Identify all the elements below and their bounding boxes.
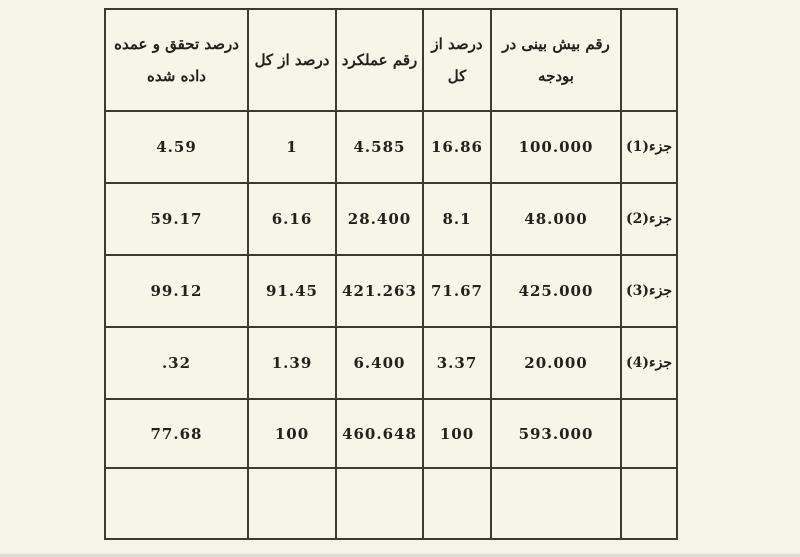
table-cell: 48.000 [492,184,620,254]
table-cell: 593.000 [492,400,620,467]
table-cell: 1.39 [249,328,335,398]
row-label: جزء(2) [622,184,676,254]
header-line: درصد تحقق و عمده [114,28,239,60]
header-row-label-empty [622,10,676,110]
table-cell: 6.16 [249,184,335,254]
table-cell [424,469,490,538]
table-cell: 421.263 [337,256,422,326]
table-cell: 3.37 [424,328,490,398]
header-line: کل [448,60,467,92]
table-cell: .32 [106,328,247,398]
table-cell: 71.67 [424,256,490,326]
header-budget-forecast: رقم بیش بینی در بودجه [492,10,620,110]
table-cell: 28.400 [337,184,422,254]
table-cell [106,469,247,538]
header-percent-realized: درصد تحقق و عمده داده شده [106,10,247,110]
table-cell [249,469,335,538]
table-cell: 8.1 [424,184,490,254]
table-cell: 91.45 [249,256,335,326]
header-percent-of-total-budget: درصد از کل [424,10,490,110]
header-line: بودجه [538,60,574,92]
table-cell: 16.86 [424,112,490,182]
table-cell: 99.12 [106,256,247,326]
data-table: درصد تحقق و عمده داده شده درصد از کل رقم… [104,8,678,540]
header-line: داده شده [147,60,206,92]
table-cell: 460.648 [337,400,422,467]
table-cell: 100 [424,400,490,467]
header-performance-figure: رقم عملکرد [337,10,422,110]
row-label [622,400,676,467]
row-label [622,469,676,538]
page-background: درصد تحقق و عمده داده شده درصد از کل رقم… [0,0,800,557]
header-line: رقم عملکرد [342,44,417,76]
table-cell: 20.000 [492,328,620,398]
row-label: جزء(3) [622,256,676,326]
row-label: جزء(1) [622,112,676,182]
table-cell: 6.400 [337,328,422,398]
table-cell: 100.000 [492,112,620,182]
table-cell: 1 [249,112,335,182]
row-label: جزء(4) [622,328,676,398]
header-line: درصد از [431,28,482,60]
table-cell: 100 [249,400,335,467]
table-cell [492,469,620,538]
header-percent-of-total-perf: درصد از کل [249,10,335,110]
table-cell: 59.17 [106,184,247,254]
header-line: درصد از کل [255,44,330,76]
table-cell: 425.000 [492,256,620,326]
table-cell: 4.585 [337,112,422,182]
table-cell: 77.68 [106,400,247,467]
header-line: رقم بیش بینی در [502,28,610,60]
table-cell [337,469,422,538]
table-cell: 4.59 [106,112,247,182]
